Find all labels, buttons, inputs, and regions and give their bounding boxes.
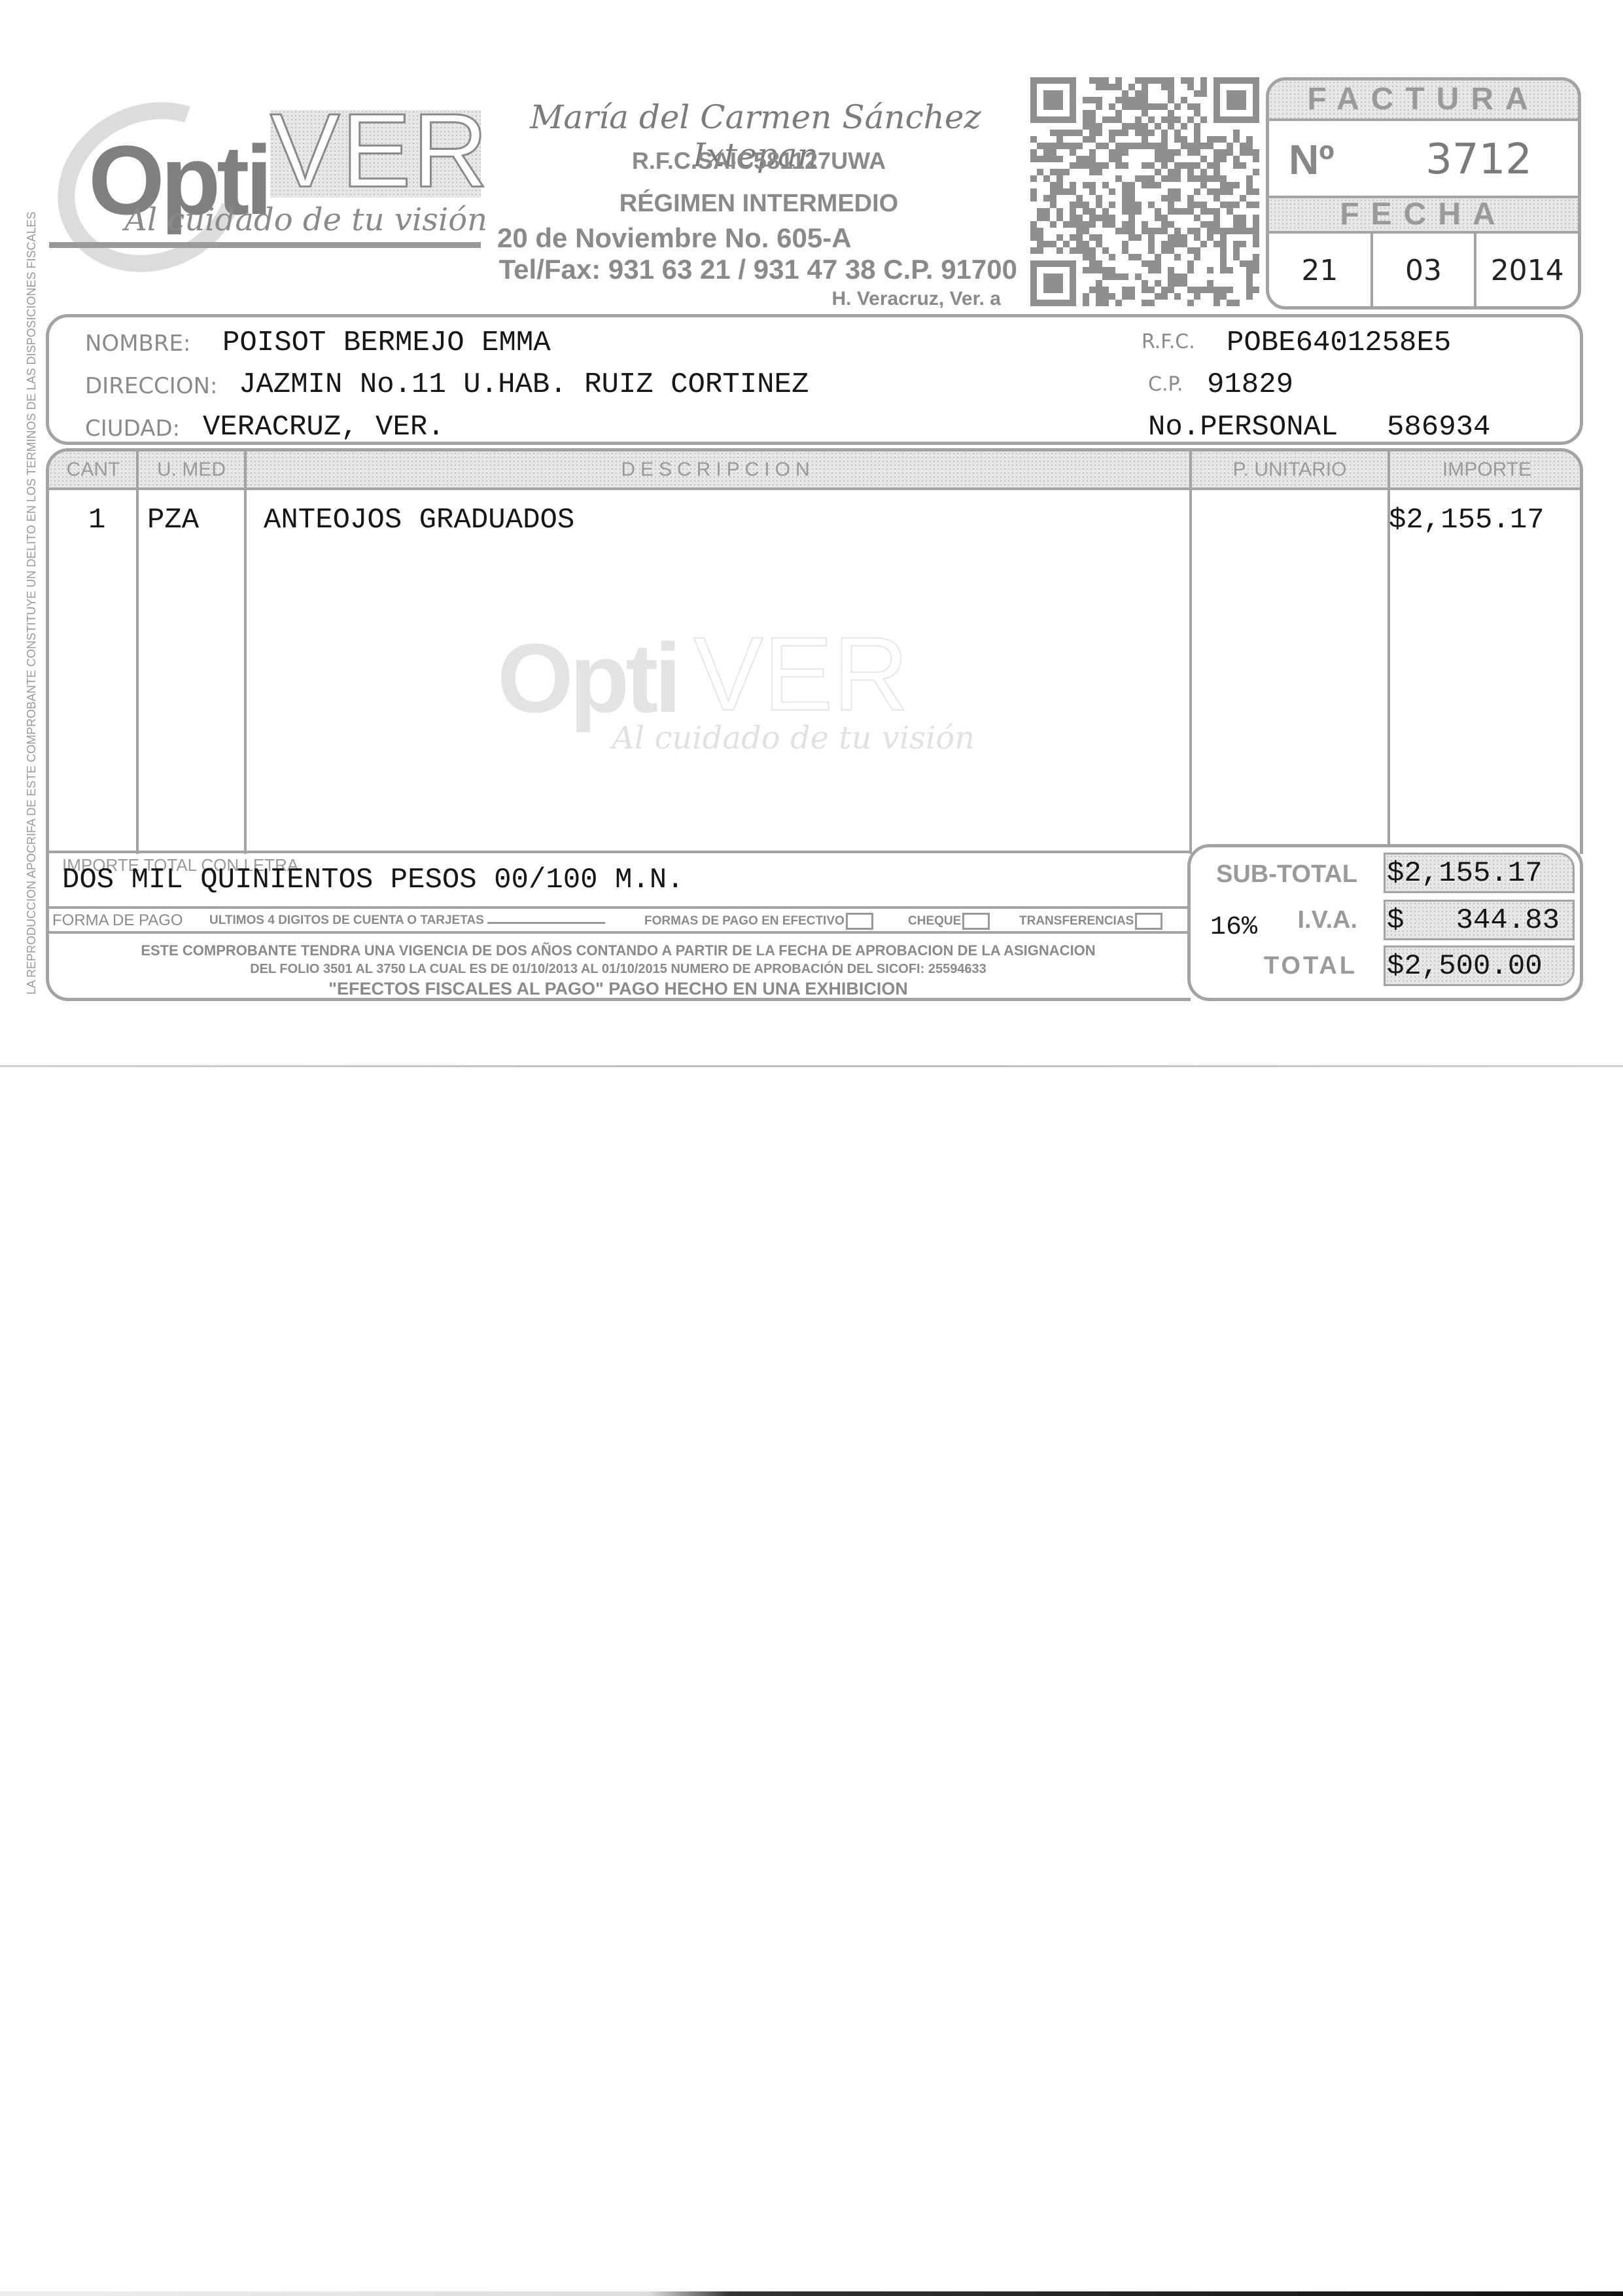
watermark-opti-text: Opti xyxy=(497,622,678,735)
client-personal-label: No.PERSONAL xyxy=(1148,411,1338,444)
date-row: 21 03 2014 xyxy=(1269,231,1578,309)
row-quantity: 1 xyxy=(88,504,105,537)
client-address-label: DIRECCION: xyxy=(85,373,217,399)
transfer-label: TRANSFERENCIAS xyxy=(1019,914,1134,928)
date-day: 21 xyxy=(1269,231,1370,309)
issuer-address: 20 de Noviembre No. 605-A xyxy=(497,222,929,254)
client-cp: 91829 xyxy=(1207,368,1293,401)
invoice-number: 3712 xyxy=(1425,135,1532,184)
logo-tagline: Al cuidado de tu visión xyxy=(95,202,487,238)
table-header: CANT U. MED DESCRIPCION P. UNITARIO IMPO… xyxy=(49,451,1580,490)
legal-line-1: ESTE COMPROBANTE TENDRA UNA VIGENCIA DE … xyxy=(46,942,1191,959)
client-address: JAZMIN No.11 U.HAB. RUIZ CORTINEZ xyxy=(239,368,809,401)
totals-box: SUB-TOTAL $2,155.17 16% I.V.A. $ 344.83 … xyxy=(1187,844,1583,1001)
col-header-description: DESCRIPCION xyxy=(245,451,1191,487)
col-divider xyxy=(136,451,139,854)
cheque-label: CHEQUE xyxy=(908,914,961,928)
cheque-option: CHEQUE xyxy=(908,913,990,930)
total-value: $2,500.00 xyxy=(1387,950,1543,983)
client-rfc: POBE6401258E5 xyxy=(1227,327,1451,359)
qr-code-icon xyxy=(1030,77,1259,306)
paper-fold-line xyxy=(0,1065,1623,1067)
cash-option: FORMAS DE PAGO EN EFECTIVO xyxy=(644,913,873,930)
subtotal-label: SUB-TOTAL xyxy=(1216,860,1357,889)
last-digits-label: ULTIMOS 4 DIGITOS DE CUENTA O TARJETAS xyxy=(209,913,484,927)
col-header-unit-price: P. UNITARIO xyxy=(1191,451,1389,487)
iva-box: $ 344.83 xyxy=(1384,900,1575,940)
row-description: ANTEOJOS GRADUADOS xyxy=(264,504,574,537)
cash-checkbox[interactable] xyxy=(846,913,873,930)
optiver-watermark: Opti VER Al cuidado de tu visión xyxy=(484,595,994,766)
optiver-logo: Opti VER Al cuidado de tu visión xyxy=(49,85,487,255)
date-month: 03 xyxy=(1370,231,1475,309)
client-name-label: NOMBRE: xyxy=(85,330,190,357)
watermark-tagline: Al cuidado de tu visión xyxy=(582,720,975,756)
invoice-title: FACTURA xyxy=(1269,80,1578,121)
col-divider xyxy=(244,451,247,854)
client-rfc-label: R.F.C. xyxy=(1142,330,1195,353)
client-name: POISOT BERMEJO EMMA xyxy=(222,327,551,359)
issuer-city: H. Veracruz, Ver. a xyxy=(720,288,1001,310)
issuer-rfc: R.F.C.SAIC581127UWA xyxy=(563,147,955,175)
total-box: $2,500.00 xyxy=(1384,945,1575,986)
issuer-phone: Tel/Fax: 931 63 21 / 931 47 38 C.P. 9170… xyxy=(399,254,1017,285)
legal-line-2: DEL FOLIO 3501 AL 3750 LA CUAL ES DE 01/… xyxy=(46,962,1191,977)
date-year: 2014 xyxy=(1474,231,1578,309)
logo-ver-text: VER xyxy=(270,98,481,203)
col-header-cant: CANT xyxy=(49,451,137,487)
client-city-label: CIUDAD: xyxy=(85,415,180,442)
last-digits-group: ULTIMOS 4 DIGITOS DE CUENTA O TARJETAS xyxy=(209,913,605,928)
row-unit: PZA xyxy=(147,504,199,537)
iva-label: I.V.A. xyxy=(1297,906,1357,934)
client-cp-label: C.P. xyxy=(1148,373,1183,396)
client-info-box: NOMBRE: POISOT BERMEJO EMMA DIRECCION: J… xyxy=(46,314,1583,445)
subtotal-value: $2,155.17 xyxy=(1387,857,1543,890)
cash-label: FORMAS DE PAGO EN EFECTIVO xyxy=(644,914,845,928)
col-header-unit: U. MED xyxy=(137,451,245,487)
amount-in-words: DOS MIL QUINIENTOS PESOS 00/100 M.N. xyxy=(62,864,684,896)
date-title: FECHA xyxy=(1269,196,1578,234)
watermark-ver-text: VER xyxy=(693,614,909,734)
side-legal-notice: LA REPRODUCCION APOCRIFA DE ESTE COMPROB… xyxy=(25,321,39,995)
invoice-number-row: Nº 3712 xyxy=(1269,121,1578,193)
transfer-checkbox[interactable] xyxy=(1135,913,1162,930)
client-city: VERACRUZ, VER. xyxy=(203,411,445,444)
invoice-box: FACTURA Nº 3712 FECHA 21 03 2014 xyxy=(1266,77,1581,309)
row-amount: $2,155.17 xyxy=(1389,504,1544,537)
legal-line-3: "EFECTOS FISCALES AL PAGO" PAGO HECHO EN… xyxy=(46,979,1191,999)
last-digits-field[interactable] xyxy=(487,913,605,924)
transfer-option: TRANSFERENCIAS xyxy=(1019,913,1162,930)
logo-underline xyxy=(49,242,481,248)
col-divider xyxy=(1189,451,1192,854)
invoice-number-label: Nº xyxy=(1289,135,1335,184)
cheque-checkbox[interactable] xyxy=(962,913,990,930)
iva-value: $ 344.83 xyxy=(1387,904,1560,937)
col-header-amount: IMPORTE xyxy=(1389,451,1583,487)
payment-label: FORMA DE PAGO xyxy=(52,911,183,930)
subtotal-box: $2,155.17 xyxy=(1384,853,1575,893)
client-personal-number: 586934 xyxy=(1387,411,1490,444)
payment-method-row: FORMA DE PAGO ULTIMOS 4 DIGITOS DE CUENT… xyxy=(46,906,1191,934)
total-label: TOTAL xyxy=(1264,952,1357,980)
scan-bottom-edge xyxy=(0,2291,1623,2296)
issuer-regimen: RÉGIMEN INTERMEDIO xyxy=(563,190,955,218)
iva-rate: 16% xyxy=(1210,913,1257,942)
